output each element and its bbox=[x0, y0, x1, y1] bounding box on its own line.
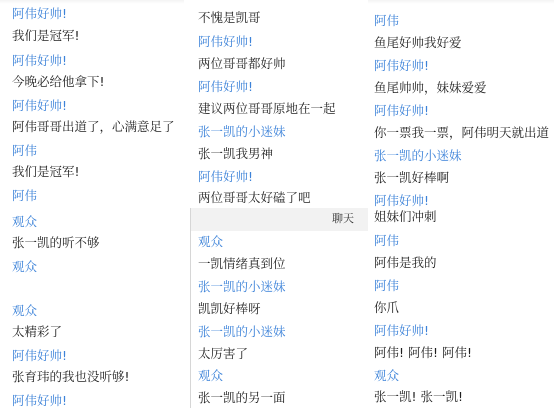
chat-message: 鱼尾帅帅，妹妹爱爱 bbox=[374, 80, 487, 96]
chat-username[interactable]: 观众 bbox=[12, 259, 37, 275]
chat-username[interactable]: 观众 bbox=[374, 368, 399, 384]
chat-username[interactable]: 阿伟 bbox=[374, 233, 399, 249]
top-divider bbox=[368, 0, 554, 4]
chat-username[interactable]: 阿伟好帅! bbox=[198, 79, 253, 95]
chat-message: 我们是冠军! bbox=[12, 28, 80, 44]
chat-username[interactable]: 阿伟好帅! bbox=[12, 393, 67, 409]
chat-column-2[interactable]: 不愧是凯哥 阿伟好帅! 两位哥哥都好帅 阿伟好帅! 建议两位哥哥原地在一起 张一… bbox=[186, 0, 368, 415]
chat-username[interactable]: 张一凯的小迷妹 bbox=[374, 148, 462, 164]
chat-username[interactable]: 观众 bbox=[12, 303, 37, 319]
chat-message: 太精彩了 bbox=[12, 324, 62, 340]
chat-username[interactable]: 阿伟好帅! bbox=[374, 323, 429, 339]
chat-message: 两位哥哥太好磕了吧 bbox=[198, 190, 311, 206]
chat-message: 今晚必给他拿下! bbox=[12, 74, 105, 90]
chat-username[interactable]: 阿伟好帅! bbox=[198, 169, 253, 185]
chat-message: 阿伟哥哥出道了，心满意足了 bbox=[12, 119, 175, 135]
chat-message: 张一凯我男神 bbox=[198, 146, 273, 162]
chat-message: 两位哥哥都好帅 bbox=[198, 56, 286, 72]
chat-username[interactable]: 张一凯的小迷妹 bbox=[198, 279, 286, 295]
chat-username[interactable]: 阿伟 bbox=[374, 278, 399, 294]
chat-message: 太厉害了 bbox=[198, 346, 248, 362]
top-divider bbox=[0, 0, 184, 4]
chat-message: 张一凯! 张一凯! bbox=[374, 389, 463, 405]
chat-message: 张育玮的我也没听够! bbox=[12, 369, 130, 385]
chat-username[interactable]: 阿伟好帅! bbox=[374, 58, 429, 74]
chat-username[interactable]: 观众 bbox=[198, 368, 223, 384]
panel-border bbox=[190, 208, 191, 408]
chat-message: 张一凯的听不够 bbox=[12, 235, 100, 251]
chat-username[interactable]: 阿伟好帅! bbox=[198, 34, 253, 50]
chat-username[interactable]: 观众 bbox=[198, 234, 223, 250]
chat-message: 你一票我一票，阿伟明天就出道 bbox=[374, 125, 549, 141]
chat-message: 姐妹们冲刺 bbox=[374, 209, 437, 225]
chat-message: 不愧是凯哥 bbox=[198, 10, 261, 26]
chat-username[interactable]: 阿伟好帅! bbox=[374, 193, 429, 209]
chat-username[interactable]: 张一凯的小迷妹 bbox=[198, 324, 286, 340]
chat-message: 建议两位哥哥原地在一起 bbox=[198, 101, 336, 117]
chat-column-3[interactable]: 阿伟 鱼尾好帅我好爱 阿伟好帅! 鱼尾帅帅，妹妹爱爱 阿伟好帅! 你一票我一票，… bbox=[368, 0, 554, 415]
chat-username[interactable]: 张一凯的小迷妹 bbox=[198, 124, 286, 140]
chat-message: 鱼尾好帅我好爱 bbox=[374, 35, 462, 51]
chat-message: 张一凯好棒啊 bbox=[374, 170, 449, 186]
chat-message: 阿伟是我的 bbox=[374, 255, 437, 271]
chat-username[interactable]: 阿伟 bbox=[12, 188, 37, 204]
chat-username[interactable]: 阿伟好帅! bbox=[12, 348, 67, 364]
chat-message: 你爪 bbox=[374, 300, 399, 316]
chat-username[interactable]: 阿伟 bbox=[12, 143, 37, 159]
chat-column-1[interactable]: 阿伟好帅! 我们是冠军! 阿伟好帅! 今晚必给他拿下! 阿伟好帅! 阿伟哥哥出道… bbox=[0, 0, 184, 415]
chat-username[interactable]: 阿伟好帅! bbox=[12, 6, 67, 22]
chat-panel-header: 聊天 bbox=[190, 208, 368, 231]
chat-panel-title: 聊天 bbox=[332, 212, 354, 226]
chat-username[interactable]: 观众 bbox=[12, 214, 37, 230]
chat-message: 张一凯的另一面 bbox=[198, 390, 286, 406]
chat-message: 一凯情绪真到位 bbox=[198, 256, 286, 272]
chat-username[interactable]: 阿伟好帅! bbox=[374, 103, 429, 119]
chat-username[interactable]: 阿伟好帅! bbox=[12, 53, 67, 69]
chat-username[interactable]: 阿伟好帅! bbox=[12, 98, 67, 114]
chat-message: 凯凯好棒呀 bbox=[198, 301, 261, 317]
chat-message: 我们是冠军! bbox=[12, 164, 80, 180]
chat-message: 阿伟! 阿伟! 阿伟! bbox=[374, 345, 472, 361]
chat-username[interactable]: 阿伟 bbox=[374, 13, 399, 29]
